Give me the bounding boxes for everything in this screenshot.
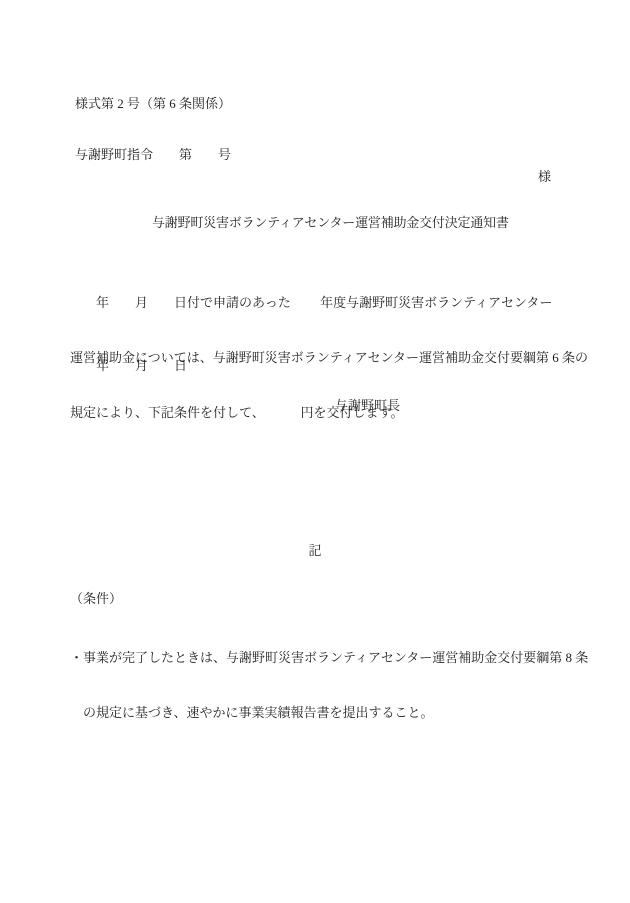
condition-item-line-2: の規定に基づき、速やかに事業実績報告書を提出すること。	[70, 699, 588, 726]
record-marker: 記	[0, 544, 630, 558]
addressee-honorific: 様	[538, 170, 551, 184]
document-title: 与謝野町災害ボランティアセンター運営補助金交付決定通知書	[152, 216, 509, 230]
document-page: 様式第 2 号（第 6 条関係） 与謝野町指令 第 号 様 与謝野町災害ボランテ…	[0, 0, 630, 903]
conditions-label: （条件）	[70, 592, 122, 606]
condition-item: ・事業が完了したときは、与謝野町災害ボランティアセンター運営補助金交付要綱第 8…	[70, 616, 588, 754]
condition-item-line-1: ・事業が完了したときは、与謝野町災害ボランティアセンター運営補助金交付要綱第 8…	[70, 644, 588, 671]
issue-date-line: 年 月 日	[70, 359, 187, 373]
body-paragraph-line-1: 年 月 日付で申請のあった 年度与謝野町災害ボランティアセンター	[70, 289, 588, 316]
body-paragraph-line-3: 規定により、下記条件を付して、 円を交付します。	[70, 399, 588, 426]
form-number-label: 様式第 2 号（第 6 条関係）	[75, 97, 231, 111]
directive-number-line: 与謝野町指令 第 号	[75, 148, 231, 162]
issuer-title: 与謝野町長	[335, 399, 400, 413]
